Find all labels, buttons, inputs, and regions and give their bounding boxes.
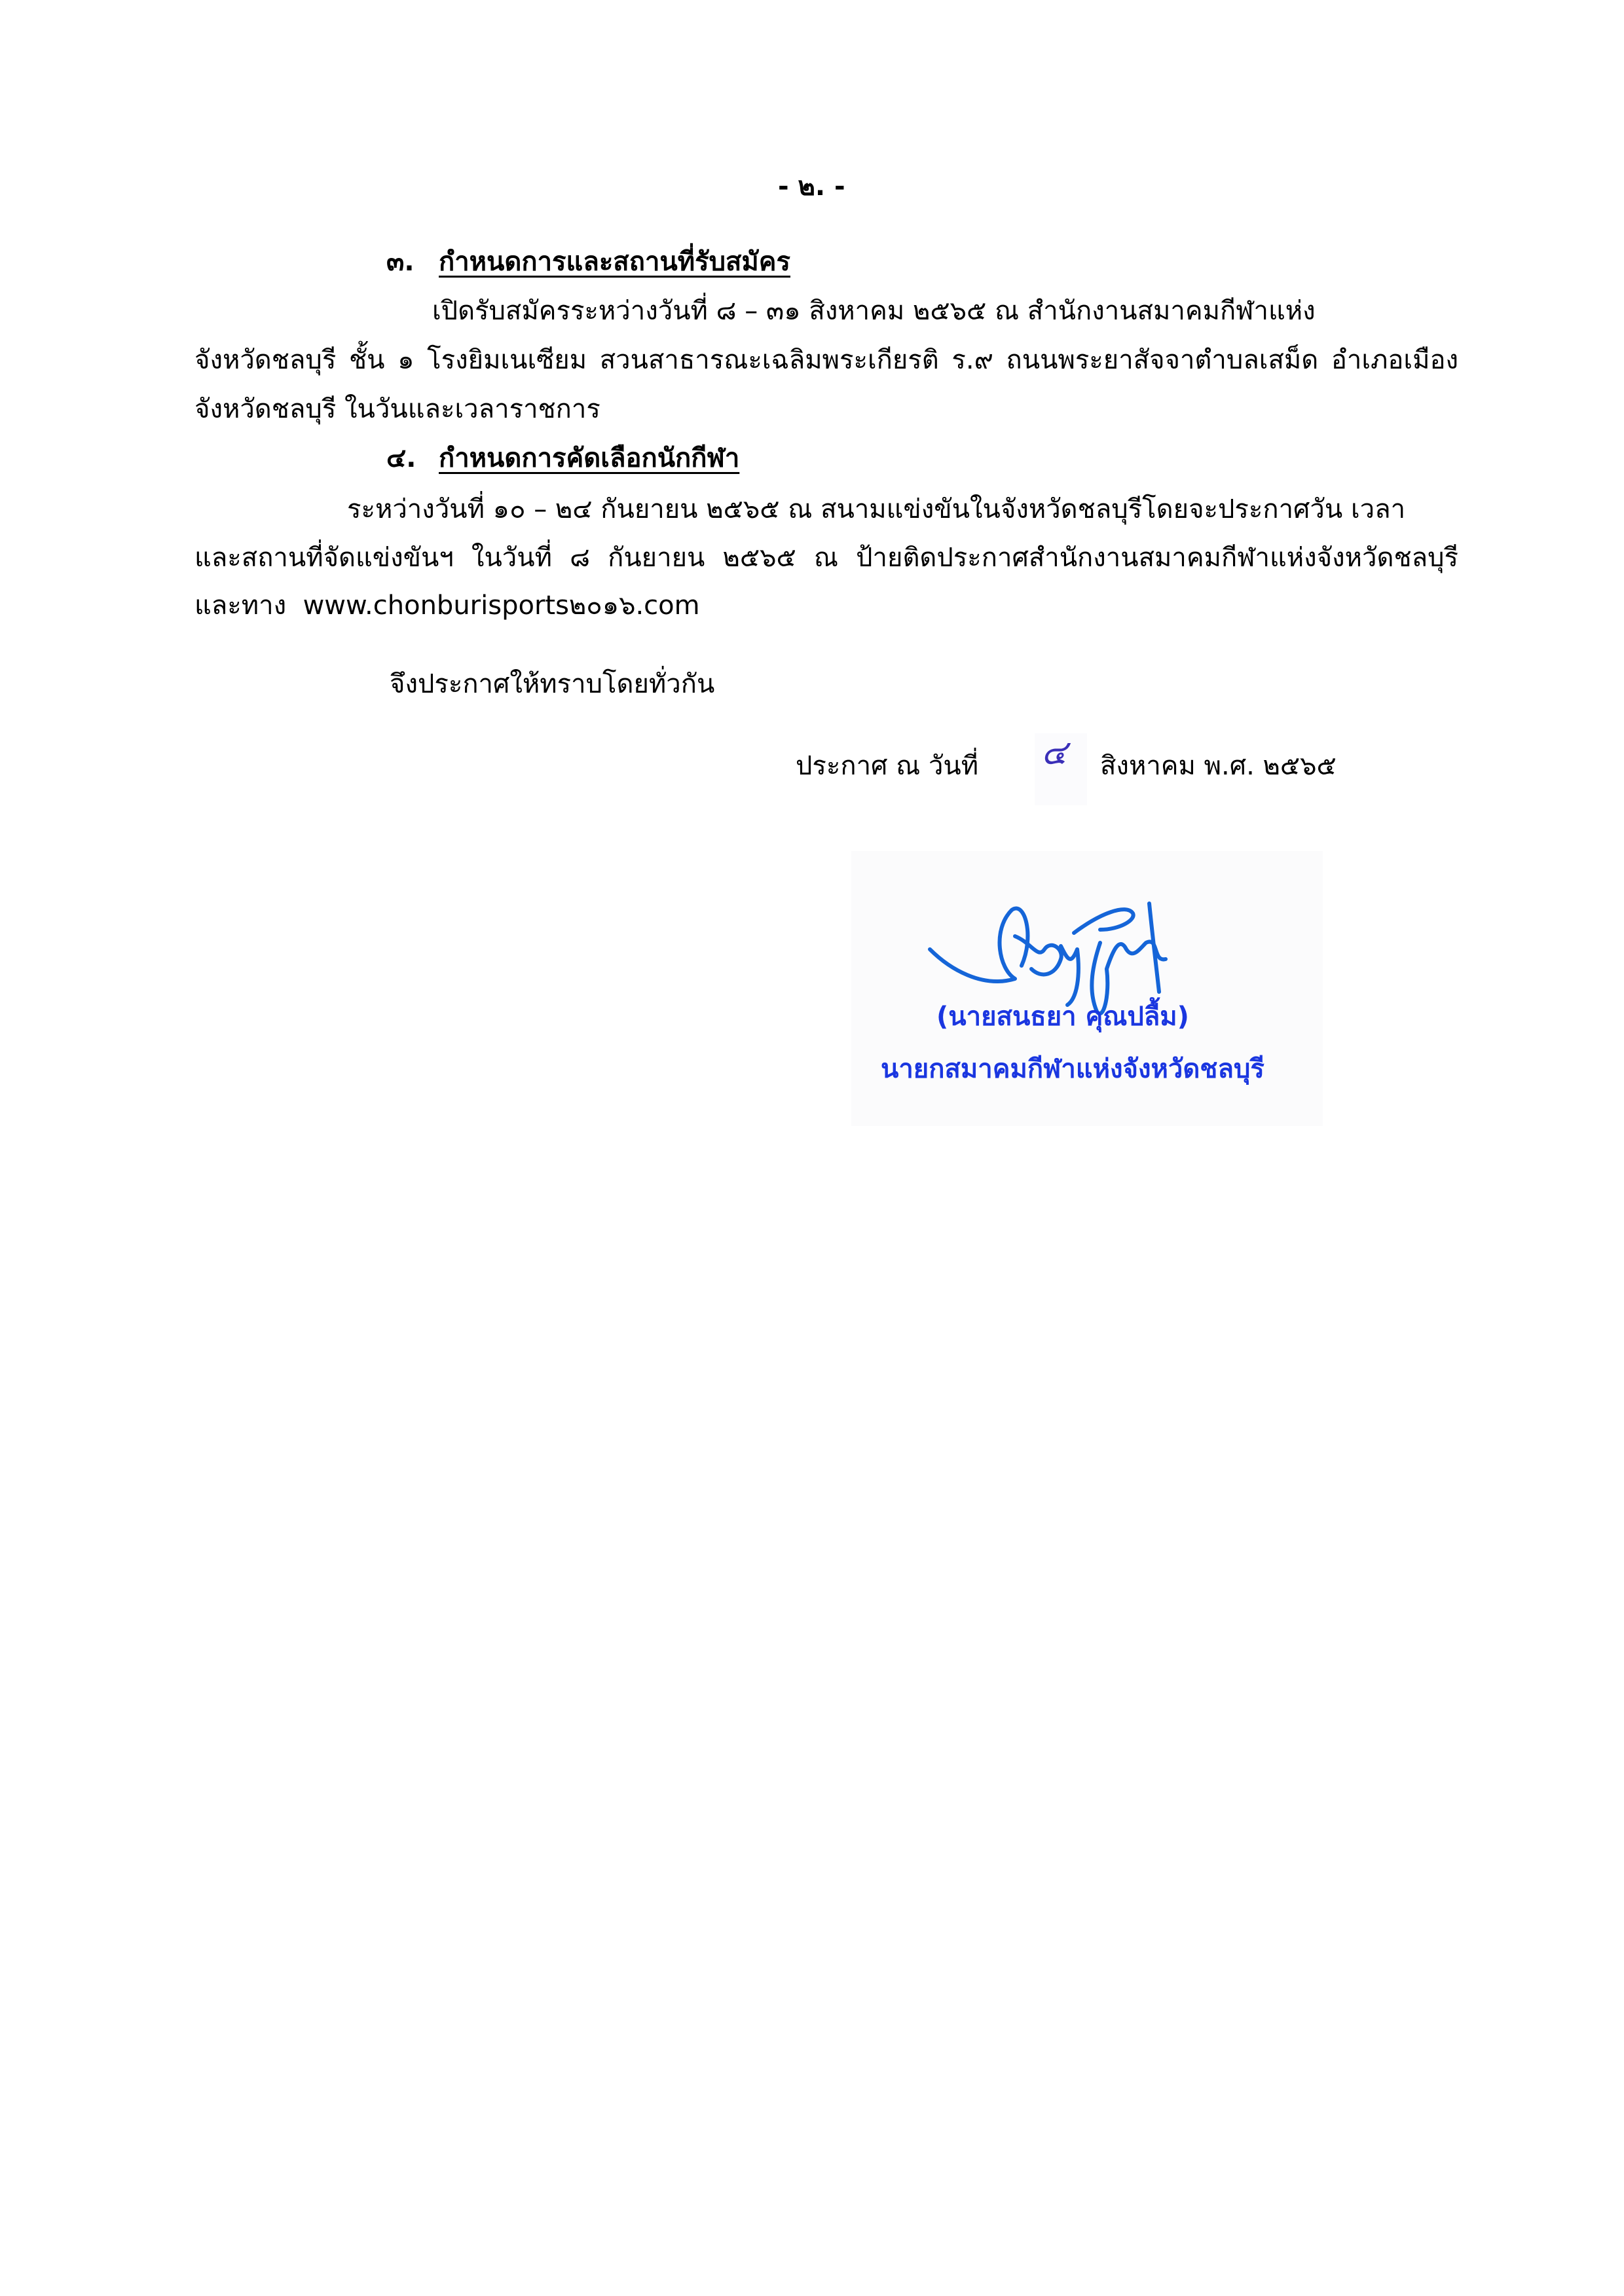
announcement-date-prefix: ประกาศ ณ วันที่	[796, 746, 978, 786]
section-3-line-3: จังหวัดชลบุรี ในวันและเวลาราชการ	[194, 390, 600, 429]
announcement-date-month-year: สิงหาคม พ.ศ. ๒๕๖๕	[1100, 746, 1337, 786]
section-4-line-2: และสถานที่จัดแข่งขันฯ ในวันที่ ๘ กันยายน…	[194, 538, 1458, 577]
closing-statement: จึงประกาศให้ทราบโดยทั่วกัน	[390, 665, 714, 704]
website-prefix: และทาง	[194, 591, 286, 621]
section-3-number: ๓.	[386, 242, 439, 282]
section-3-title: กำหนดการและสถานที่รับสมัคร	[439, 247, 790, 277]
signatory-position: นายกสมาคมกีฬาแห่งจังหวัดชลบุรี	[881, 1048, 1264, 1089]
section-3-heading: ๓.กำหนดการและสถานที่รับสมัคร	[386, 242, 790, 282]
section-4-title: กำหนดการคัดเลือกนักกีฬา	[439, 443, 739, 473]
section-3-line-1: เปิดรับสมัครระหว่างวันที่ ๘ – ๓๑ สิงหาคม…	[432, 291, 1316, 331]
page-number: - ๒. -	[778, 167, 845, 206]
handwritten-day: ๔	[1041, 733, 1067, 773]
section-4-number: ๔.	[386, 439, 439, 478]
website-link[interactable]: www.chonburisports๒๐๑๖.com	[303, 591, 700, 621]
signatory-name: (นายสนธยา คุณปลื้ม)	[936, 995, 1189, 1037]
signature-block: (นายสนธยา คุณปลื้ม) นายกสมาคมกีฬาแห่งจัง…	[851, 851, 1323, 1126]
section-4-line-3: และทาง www.chonburisports๒๐๑๖.com	[194, 586, 700, 625]
section-3-line-2: จังหวัดชลบุรี ชั้น ๑ โรงยิมเนเซียม สวนสา…	[194, 340, 1458, 380]
section-4-line-1: ระหว่างวันที่ ๑๐ – ๒๔ กันยายน ๒๕๖๕ ณ สนา…	[347, 490, 1405, 529]
section-4-heading: ๔.กำหนดการคัดเลือกนักกีฬา	[386, 439, 739, 478]
